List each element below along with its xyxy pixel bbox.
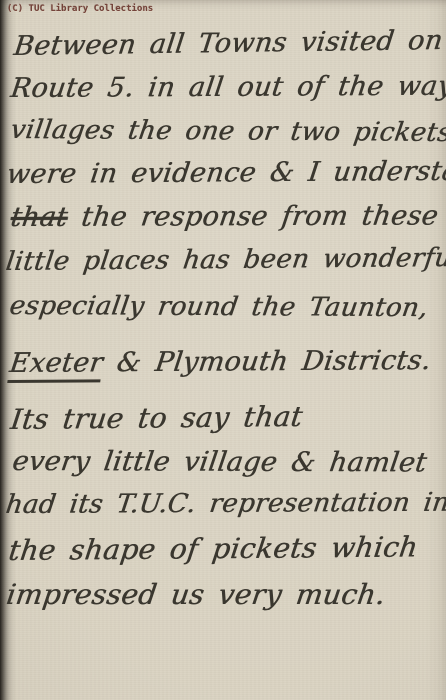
handwriting-segment: impressed us very much. <box>4 578 387 611</box>
handwriting-line: the shape of pickets which <box>6 529 420 568</box>
handwriting-line: Its true to say that <box>8 399 304 437</box>
handwriting-segment: that <box>9 202 70 233</box>
handwriting-segment: little places has been wonderful <box>4 243 446 277</box>
handwriting-line: especially round the Taunton, <box>7 290 430 325</box>
handwriting-segment: the shape of pickets which <box>7 530 420 567</box>
handwriting-line: were in evidence & I understand <box>4 155 446 192</box>
handwriting-line: every little village & hamlet <box>10 445 429 480</box>
handwriting-segment: & Plymouth Districts. <box>101 345 433 378</box>
handwriting-line: Between all Towns visited on <box>12 24 445 64</box>
handwriting-line: Exeter & Plymouth Districts. <box>7 344 433 381</box>
handwriting-line: villages the one or two pickets <box>8 114 446 150</box>
handwriting-segment: Its true to say that <box>9 400 305 436</box>
handwriting-line: impressed us very much. <box>4 577 388 612</box>
handwriting-line: had its T.U.C. representation in <box>4 487 446 522</box>
handwriting-segment: Exeter <box>7 347 105 383</box>
handwriting-segment: every little village & hamlet <box>10 446 428 478</box>
handwriting-segment: were in evidence & I understand <box>5 156 446 190</box>
handwriting-segment: especially round the Taunton, <box>7 291 429 323</box>
letter-page: (C) TUC Library Collections Between all … <box>0 0 446 700</box>
handwriting-line: Route 5. in all out of the way <box>8 70 446 106</box>
handwriting-line: little places has been wonderful <box>4 242 446 279</box>
handwriting-segment: Route 5. in all out of the way <box>9 71 446 104</box>
handwriting-line: that the response from these <box>8 200 440 235</box>
handwriting-segment: villages the one or two pickets <box>8 115 446 148</box>
handwriting-lines: Between all Towns visited onRoute 5. in … <box>0 0 446 700</box>
handwriting-segment: Between all Towns visited on <box>12 25 445 62</box>
handwriting-segment: the response from these <box>65 201 440 233</box>
handwriting-segment: had its T.U.C. representation in <box>4 488 446 520</box>
